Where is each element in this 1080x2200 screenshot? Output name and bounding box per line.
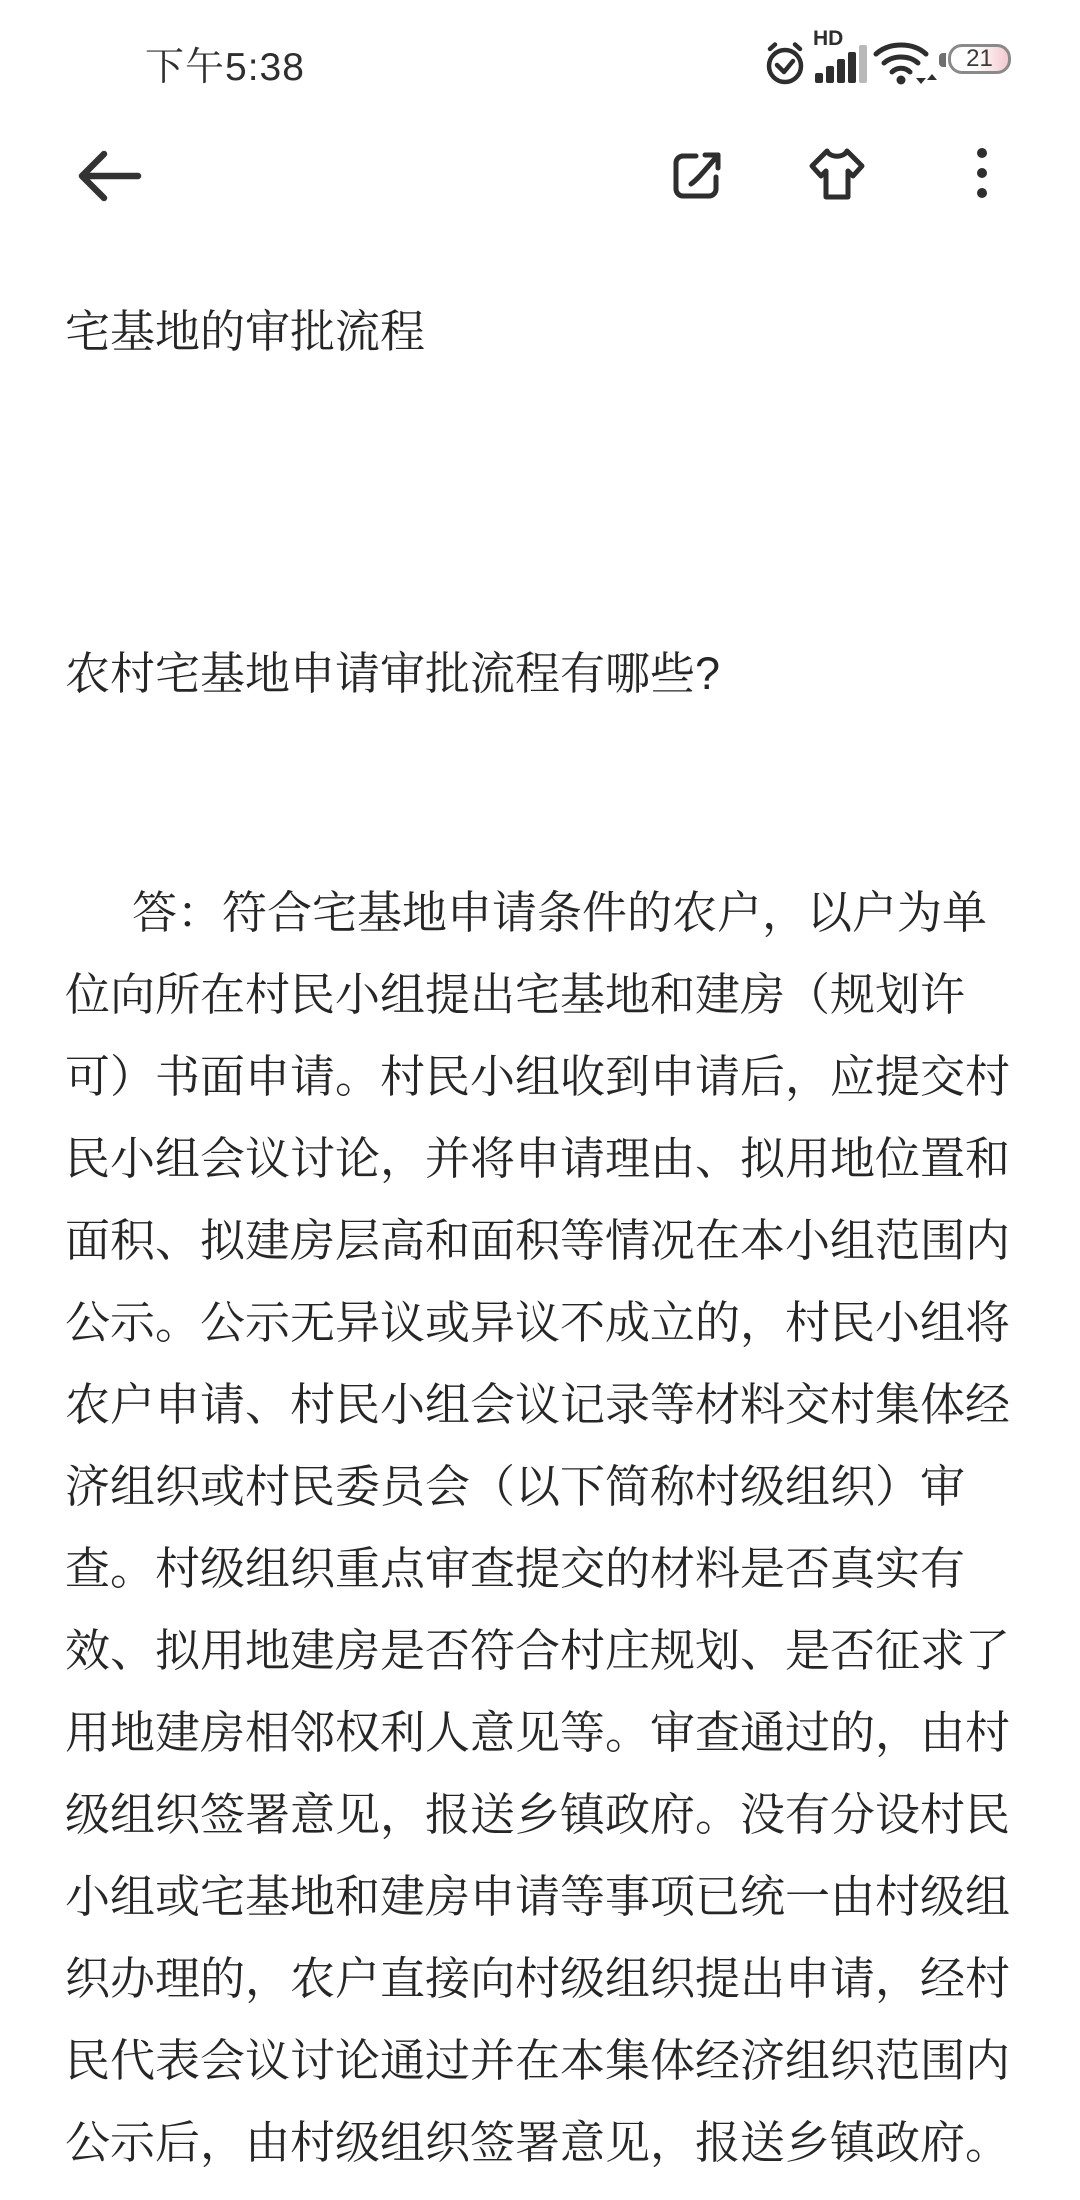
signal-group: HD xyxy=(813,27,877,83)
more-menu-icon[interactable] xyxy=(972,148,992,204)
status-bar: 下午5:38 HD xyxy=(0,0,1080,96)
battery-percent: 21 xyxy=(966,47,993,71)
body-line: 农户申请、村民小组会议记录等材料交村集体经 xyxy=(65,1364,1025,1446)
alarm-icon xyxy=(761,40,809,88)
battery-nub xyxy=(939,53,946,67)
body-line: 查。村级组织重点审查提交的材料是否真实有 xyxy=(65,1528,1025,1610)
body-line: 可）书面申请。村民小组收到申请后，应提交村 xyxy=(65,1036,1025,1118)
body-line: 民小组会议讨论，并将申请理由、拟用地位置和 xyxy=(65,1118,1025,1200)
question-line: 农村宅基地申请审批流程有哪些? xyxy=(65,633,720,715)
signal-bars-icon xyxy=(815,45,875,83)
body-line: 位向所在村民小组提出宅基地和建房（规划许 xyxy=(65,954,1025,1036)
body-line: 面积、拟建房层高和面积等情况在本小组范围内 xyxy=(65,1200,1025,1282)
body-line: 级组织签署意见，报送乡镇政府。没有分设村民 xyxy=(65,1774,1025,1856)
kebab-dot xyxy=(977,148,987,158)
kebab-dot xyxy=(977,188,987,198)
body-line: 答：符合宅基地申请条件的农户，以户为单 xyxy=(65,872,1025,954)
answer-paragraph: 答：符合宅基地申请条件的农户，以户为单 位向所在村民小组提出宅基地和建房（规划许… xyxy=(65,872,1025,2184)
kebab-dot xyxy=(977,168,987,178)
body-line: 用地建房相邻权利人意见等。审查通过的，由村 xyxy=(65,1692,1025,1774)
body-line: 公示后，由村级组织签署意见，报送乡镇政府。 xyxy=(65,2102,1025,2184)
body-line: 织办理的，农户直接向村级组织提出申请，经村 xyxy=(65,1938,1025,2020)
body-line: 民代表会议讨论通过并在本集体经济组织范围内 xyxy=(65,2020,1025,2102)
wifi-icon xyxy=(872,38,938,86)
back-button[interactable] xyxy=(76,148,144,204)
battery-icon: 21 xyxy=(948,44,1011,74)
toolbar xyxy=(0,120,1080,230)
document-title: 宅基地的审批流程 xyxy=(65,291,425,373)
status-time: 下午5:38 xyxy=(145,36,305,92)
body-line: 公示。公示无异议或异议不成立的，村民小组将 xyxy=(65,1282,1025,1364)
share-icon[interactable] xyxy=(668,146,726,204)
body-line: 小组或宅基地和建房申请等事项已统一由村级组 xyxy=(65,1856,1025,1938)
body-line: 济组织或村民委员会（以下简称村级组织）审 xyxy=(65,1446,1025,1528)
body-line: 效、拟用地建房是否符合村庄规划、是否征求了 xyxy=(65,1610,1025,1692)
theme-tshirt-icon[interactable] xyxy=(804,144,870,204)
